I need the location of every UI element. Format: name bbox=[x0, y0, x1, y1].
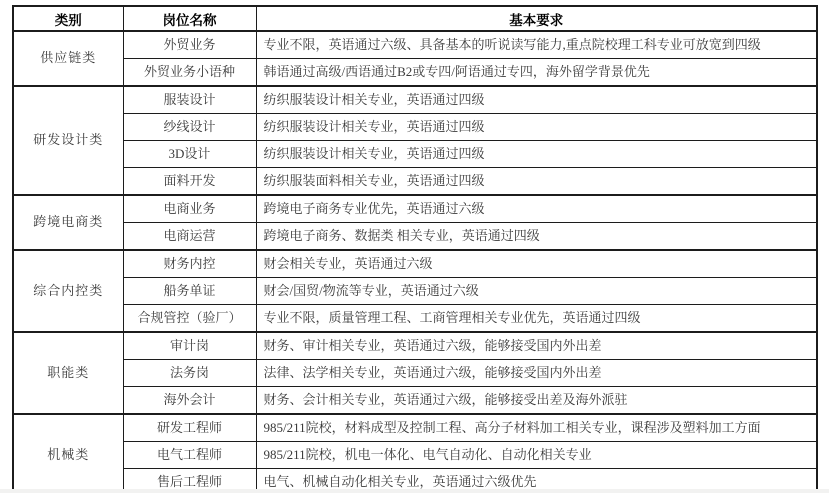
requirement-cell: 985/211院校，机电一体化、电气自动化、自动化相关专业 bbox=[256, 442, 817, 469]
position-cell: 合规管控（验厂） bbox=[123, 305, 256, 333]
category-cell: 供应链类 bbox=[13, 31, 123, 86]
requirement-cell: 财会相关专业，英语通过六级 bbox=[256, 250, 817, 278]
category-cell: 综合内控类 bbox=[13, 250, 123, 332]
table-row: 3D设计纺织服装设计相关专业，英语通过四级 bbox=[13, 141, 817, 168]
table-body: 供应链类外贸业务专业不限，英语通过六级、具备基本的听说读写能力,重点院校理工科专… bbox=[13, 31, 817, 493]
position-cell: 电商运营 bbox=[123, 223, 256, 251]
table-row: 合规管控（验厂）专业不限，质量管理工程、工商管理相关专业优先，英语通过四级 bbox=[13, 305, 817, 333]
position-cell: 法务岗 bbox=[123, 360, 256, 387]
position-cell: 审计岗 bbox=[123, 332, 256, 360]
page-bottom-shade bbox=[0, 489, 829, 493]
position-cell: 外贸业务 bbox=[123, 31, 256, 59]
requirement-cell: 跨境电子商务专业优先，英语通过六级 bbox=[256, 195, 817, 223]
requirement-cell: 985/211院校，材料成型及控制工程、高分子材料加工相关专业，课程涉及塑料加工… bbox=[256, 414, 817, 442]
requirement-cell: 纺织服装设计相关专业，英语通过四级 bbox=[256, 114, 817, 141]
table-row: 外贸业务小语种韩语通过高级/西语通过B2或专四/阿语通过专四，海外留学背景优先 bbox=[13, 59, 817, 87]
table-row: 机械类研发工程师985/211院校，材料成型及控制工程、高分子材料加工相关专业，… bbox=[13, 414, 817, 442]
table-row: 综合内控类财务内控财会相关专业，英语通过六级 bbox=[13, 250, 817, 278]
table-row: 职能类审计岗财务、审计相关专业，英语通过六级，能够接受国内外出差 bbox=[13, 332, 817, 360]
header-position: 岗位名称 bbox=[123, 6, 256, 31]
header-requirements: 基本要求 bbox=[256, 6, 817, 31]
requirement-cell: 跨境电子商务、数据类 相关专业，英语通过四级 bbox=[256, 223, 817, 251]
position-cell: 研发工程师 bbox=[123, 414, 256, 442]
requirement-cell: 纺织服装设计相关专业，英语通过四级 bbox=[256, 141, 817, 168]
table-row: 纱线设计纺织服装设计相关专业，英语通过四级 bbox=[13, 114, 817, 141]
requirement-cell: 财务、会计相关专业，英语通过六级，能够接受出差及海外派驻 bbox=[256, 387, 817, 415]
requirement-cell: 财会/国贸/物流等专业，英语通过六级 bbox=[256, 278, 817, 305]
category-cell: 机械类 bbox=[13, 414, 123, 493]
table-row: 海外会计财务、会计相关专业，英语通过六级，能够接受出差及海外派驻 bbox=[13, 387, 817, 415]
job-requirements-table: 类别 岗位名称 基本要求 供应链类外贸业务专业不限，英语通过六级、具备基本的听说… bbox=[12, 5, 818, 493]
table-row: 跨境电商类电商业务跨境电子商务专业优先，英语通过六级 bbox=[13, 195, 817, 223]
requirement-cell: 韩语通过高级/西语通过B2或专四/阿语通过专四，海外留学背景优先 bbox=[256, 59, 817, 87]
position-cell: 船务单证 bbox=[123, 278, 256, 305]
table-row: 面料开发纺织服装面料相关专业，英语通过四级 bbox=[13, 168, 817, 196]
requirement-cell: 法律、法学相关专业，英语通过六级，能够接受国内外出差 bbox=[256, 360, 817, 387]
position-cell: 电气工程师 bbox=[123, 442, 256, 469]
position-cell: 服装设计 bbox=[123, 86, 256, 114]
position-cell: 电商业务 bbox=[123, 195, 256, 223]
requirement-cell: 专业不限，质量管理工程、工商管理相关专业优先，英语通过四级 bbox=[256, 305, 817, 333]
category-cell: 职能类 bbox=[13, 332, 123, 414]
category-cell: 跨境电商类 bbox=[13, 195, 123, 250]
table-row: 电商运营跨境电子商务、数据类 相关专业，英语通过四级 bbox=[13, 223, 817, 251]
header-category: 类别 bbox=[13, 6, 123, 31]
requirement-cell: 纺织服装面料相关专业，英语通过四级 bbox=[256, 168, 817, 196]
requirement-cell: 财务、审计相关专业，英语通过六级，能够接受国内外出差 bbox=[256, 332, 817, 360]
table-row: 电气工程师985/211院校，机电一体化、电气自动化、自动化相关专业 bbox=[13, 442, 817, 469]
category-cell: 研发设计类 bbox=[13, 86, 123, 195]
requirement-cell: 专业不限，英语通过六级、具备基本的听说读写能力,重点院校理工科专业可放宽到四级 bbox=[256, 31, 817, 59]
table-row: 法务岗法律、法学相关专业，英语通过六级，能够接受国内外出差 bbox=[13, 360, 817, 387]
table-row: 供应链类外贸业务专业不限，英语通过六级、具备基本的听说读写能力,重点院校理工科专… bbox=[13, 31, 817, 59]
table-row: 研发设计类服装设计纺织服装设计相关专业，英语通过四级 bbox=[13, 86, 817, 114]
table-header-row: 类别 岗位名称 基本要求 bbox=[13, 6, 817, 31]
position-cell: 3D设计 bbox=[123, 141, 256, 168]
requirement-cell: 纺织服装设计相关专业，英语通过四级 bbox=[256, 86, 817, 114]
position-cell: 外贸业务小语种 bbox=[123, 59, 256, 87]
table-row: 船务单证财会/国贸/物流等专业，英语通过六级 bbox=[13, 278, 817, 305]
position-cell: 纱线设计 bbox=[123, 114, 256, 141]
position-cell: 海外会计 bbox=[123, 387, 256, 415]
position-cell: 财务内控 bbox=[123, 250, 256, 278]
position-cell: 面料开发 bbox=[123, 168, 256, 196]
